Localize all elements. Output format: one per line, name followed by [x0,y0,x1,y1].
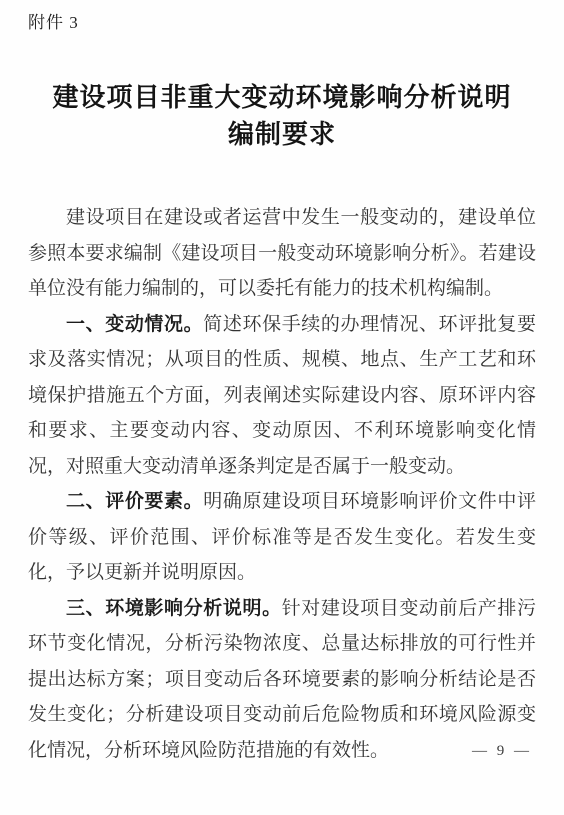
paragraph-section-2-lead: 二、评价要素。 [66,491,203,512]
title-line-1: 建设项目非重大变动环境影响分析说明 [28,79,536,116]
title-line-2: 编制要求 [28,116,536,153]
paragraph-section-3-lead: 三、环境影响分析说明。 [66,598,282,619]
paragraph-section-3-text: 针对建设项目变动前后产排污环节变化情况，分析污染物浓度、总量达标排放的可行性并提… [28,598,536,761]
paragraph-section-1: 一、变动情况。简述环保手续的办理情况、环评批复要求及落实情况；从项目的性质、规模… [28,307,536,485]
attachment-label: 附件 3 [28,12,536,34]
document-page: 附件 3 建设项目非重大变动环境影响分析说明 编制要求 建设项目在建设或者运营中… [0,0,564,815]
paragraph-intro-text: 建设项目在建设或者运营中发生一般变动的，建设单位参照本要求编制《建设项目一般变动… [28,207,536,299]
paragraph-section-1-text: 简述环保手续的办理情况、环评批复要求及落实情况；从项目的性质、规模、地点、生产工… [28,314,536,477]
paragraph-section-2: 二、评价要素。明确原建设项目环境影响评价文件中评价等级、评价范围、评价标准等是否… [28,484,536,591]
paragraph-section-1-lead: 一、变动情况。 [66,314,203,335]
document-body: 建设项目在建设或者运营中发生一般变动的，建设单位参照本要求编制《建设项目一般变动… [28,200,536,768]
paragraph-section-3: 三、环境影响分析说明。针对建设项目变动前后产排污环节变化情况，分析污染物浓度、总… [28,591,536,769]
paragraph-intro: 建设项目在建设或者运营中发生一般变动的，建设单位参照本要求编制《建设项目一般变动… [28,200,536,307]
page-number: — 9 — [472,741,532,761]
document-title: 建设项目非重大变动环境影响分析说明 编制要求 [28,79,536,153]
